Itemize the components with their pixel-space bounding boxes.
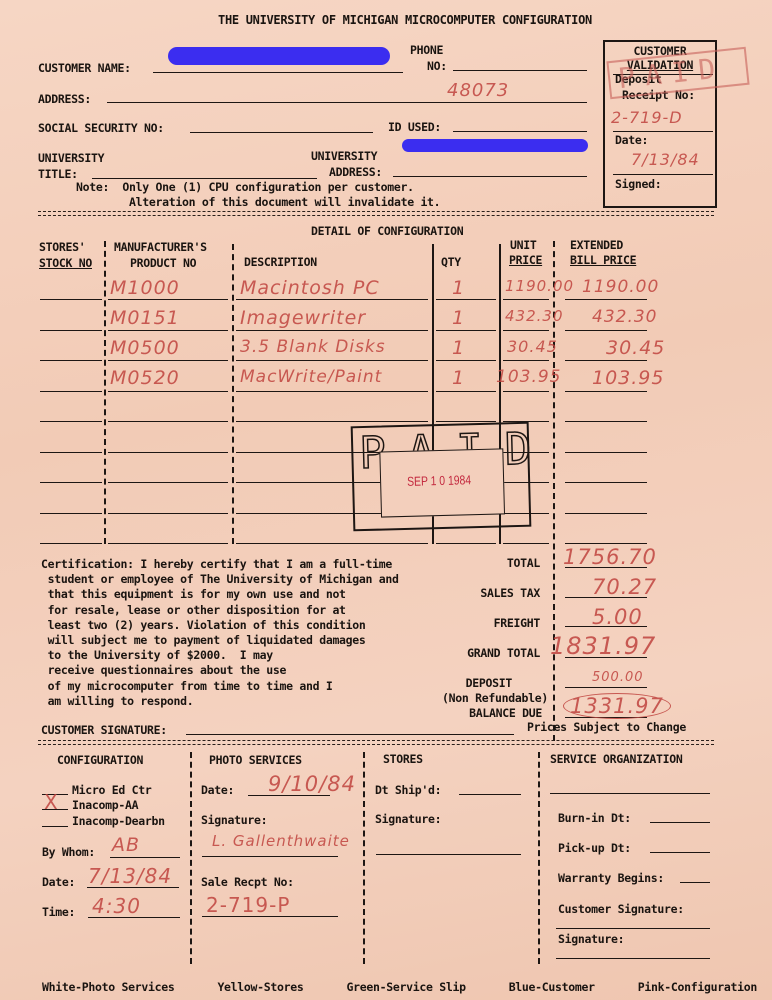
table-cell-line[interactable] — [40, 360, 102, 361]
shipped-date-field[interactable] — [459, 794, 521, 795]
row-1-description: Macintosh PC — [240, 277, 380, 299]
certification-text: Certification: I hereby certify that I a… — [41, 557, 399, 709]
col-ext-1: EXTENDED — [570, 238, 623, 252]
ssn-field[interactable] — [190, 132, 373, 133]
copy-green: Green-Service Slip — [347, 980, 466, 994]
table-cell-line[interactable] — [40, 391, 102, 392]
customer-signature-field[interactable] — [186, 734, 514, 735]
phone-field[interactable] — [453, 70, 587, 71]
table-cell-line[interactable] — [40, 543, 102, 544]
table-cell-line[interactable] — [503, 543, 549, 544]
table-cell-line[interactable] — [236, 330, 428, 331]
row-2-ext: 432.30 — [592, 307, 657, 327]
service-signature-label: Signature: — [558, 932, 624, 946]
sale-receipt-label: Sale Recpt No: — [201, 875, 294, 889]
grand-total-value: 1831.97 — [550, 632, 656, 660]
validation-date-label: Date: — [615, 133, 648, 147]
detail-heading: DETAIL OF CONFIGURATION — [311, 224, 463, 238]
config-time-value: 4:30 — [92, 894, 141, 918]
grand-total-label: GRAND TOTAL — [420, 646, 540, 660]
address-field[interactable] — [107, 102, 587, 103]
table-cell-line[interactable] — [436, 391, 496, 392]
bottom-sep-3 — [538, 752, 540, 964]
config-time-label: Time: — [42, 905, 75, 919]
total-value: 1756.70 — [563, 545, 657, 569]
row-4-qty: 1 — [452, 367, 465, 389]
nonrefundable-label: (Non Refundable) — [420, 691, 548, 705]
copy-pink: Pink-Configuration — [638, 980, 757, 994]
table-cell-line[interactable] — [236, 543, 428, 544]
col-description: DESCRIPTION — [244, 255, 317, 269]
address-label: ADDRESS: — [38, 92, 91, 106]
col-ext-2: BILL PRICE — [570, 253, 636, 267]
photo-signature-label: Signature: — [201, 813, 267, 827]
option-inacomp-dearbn-checkbox[interactable] — [42, 826, 68, 827]
photo-services-heading: PHOTO SERVICES — [209, 753, 302, 767]
copy-white: White-Photo Services — [42, 980, 174, 994]
row-3-ext: 30.45 — [606, 337, 665, 359]
customer-name-label: CUSTOMER NAME: — [38, 61, 131, 75]
row-4-unit: 103.95 — [496, 367, 561, 387]
copy-blue: Blue-Customer — [509, 980, 595, 994]
col-stock-2: STOCK NO — [39, 256, 92, 270]
table-cell-line[interactable] — [108, 482, 228, 483]
balance-due-label: BALANCE DUE — [420, 706, 542, 720]
warranty-label: Warranty Begins: — [558, 871, 664, 885]
table-cell-line[interactable] — [40, 513, 102, 514]
warranty-field[interactable] — [680, 882, 710, 883]
table-cell-line[interactable] — [40, 299, 102, 300]
freight-label: FREIGHT — [420, 616, 540, 630]
redaction-name — [168, 47, 390, 65]
option-inacomp-aa-label: Inacomp-AA — [72, 798, 138, 812]
table-cell-line[interactable] — [503, 391, 549, 392]
burnin-date-label: Burn-in Dt: — [558, 811, 631, 825]
row-1-qty: 1 — [452, 277, 465, 299]
table-cell-line[interactable] — [436, 330, 496, 331]
row-3-description: 3.5 Blank Disks — [240, 337, 386, 357]
bottom-sep-1 — [190, 752, 192, 964]
note-line-1: Note: Only One (1) CPU configuration per… — [76, 180, 414, 194]
form-title: THE UNIVERSITY OF MICHIGAN MICROCOMPUTER… — [0, 13, 772, 27]
copy-distribution: White-Photo Services Yellow-Stores Green… — [42, 980, 757, 994]
checked-mark: X — [44, 790, 59, 814]
sale-receipt-value: 2-719-P — [206, 893, 290, 917]
row-1-ext: 1190.00 — [582, 277, 659, 297]
col-stock-1: STORES' — [39, 240, 85, 254]
table-cell-line[interactable] — [108, 543, 228, 544]
phone-no-label: NO: — [427, 59, 447, 73]
total-label: TOTAL — [420, 556, 540, 570]
row-2-description: Imagewriter — [240, 307, 366, 329]
pickup-date-field[interactable] — [650, 852, 710, 853]
stores-signature-label: Signature: — [375, 812, 441, 826]
row-3-unit: 30.45 — [507, 337, 558, 356]
freight-value: 5.00 — [592, 605, 643, 629]
shipped-date-label: Dt Ship'd: — [375, 783, 441, 797]
table-cell-line[interactable] — [565, 299, 647, 300]
redaction-id — [402, 139, 588, 152]
by-whom-value: AB — [112, 834, 140, 856]
validation-divider-2 — [613, 131, 713, 132]
deposit-value: 500.00 — [592, 670, 644, 685]
univ-address-label-2: ADDRESS: — [329, 165, 382, 179]
row-4-product: M0520 — [110, 367, 180, 389]
table-cell-line[interactable] — [108, 299, 228, 300]
option-micro-ed-label: Micro Ed Ctr — [72, 783, 151, 797]
form-page: THE UNIVERSITY OF MICHIGAN MICROCOMPUTER… — [0, 0, 772, 1000]
row-2-product: M0151 — [110, 307, 180, 329]
table-cell-line[interactable] — [503, 299, 549, 300]
bottom-sep-2 — [363, 752, 365, 964]
prices-note: Prices Subject to Change — [527, 720, 686, 734]
col-qty: QTY — [441, 255, 461, 269]
photo-date-label: Date: — [201, 783, 234, 797]
validation-signed-label: Signed: — [615, 177, 661, 191]
customer-signature-label: CUSTOMER SIGNATURE: — [41, 723, 167, 737]
univ-title-label-1: UNIVERSITY — [38, 151, 104, 165]
option-inacomp-dearbn-label: Inacomp-Dearbn — [72, 814, 165, 828]
validation-date-value: 7/13/84 — [631, 150, 700, 169]
table-cell-line[interactable] — [565, 513, 647, 514]
id-used-field[interactable] — [453, 131, 587, 132]
section-divider-top — [38, 211, 714, 216]
table-cell-line[interactable] — [236, 360, 428, 361]
by-whom-field[interactable] — [110, 857, 180, 858]
paid-stamp-date: SEP 1 0 1984 — [407, 472, 471, 489]
table-cell-line[interactable] — [236, 391, 428, 392]
stores-signature-field[interactable] — [376, 854, 521, 855]
table-cell-line[interactable] — [108, 421, 228, 422]
pickup-date-label: Pick-up Dt: — [558, 841, 631, 855]
sales-tax-value: 70.27 — [592, 575, 657, 599]
sales-tax-label: SALES TAX — [420, 586, 540, 600]
table-cell-line[interactable] — [436, 543, 496, 544]
service-customer-signature-field[interactable] — [556, 928, 710, 929]
configuration-heading: CONFIGURATION — [57, 753, 143, 767]
ssn-label: SOCIAL SECURITY NO: — [38, 121, 164, 135]
table-cell-line[interactable] — [565, 330, 647, 331]
table-cell-line[interactable] — [436, 360, 496, 361]
col-unit-1: UNIT — [510, 238, 537, 252]
col-sep-2 — [232, 244, 234, 544]
col-product-1: MANUFACTURER'S — [114, 240, 207, 254]
phone-label: PHONE — [410, 43, 443, 57]
table-cell-line[interactable] — [40, 330, 102, 331]
stores-heading: STORES — [383, 752, 423, 766]
univ-address-label-1: UNIVERSITY — [311, 149, 377, 163]
photo-date-value: 9/10/84 — [268, 772, 356, 796]
service-signature-field[interactable] — [556, 958, 710, 959]
table-cell-line[interactable] — [436, 299, 496, 300]
paid-stamp: PAID SEP 1 0 1984 — [351, 422, 532, 532]
table-cell-line[interactable] — [108, 452, 228, 453]
row-4-ext: 103.95 — [592, 367, 664, 389]
row-3-product: M0500 — [110, 337, 180, 359]
row-1-product: M1000 — [110, 277, 180, 299]
deposit-field[interactable] — [565, 687, 647, 688]
service-org-heading: SERVICE ORGANIZATION — [550, 752, 682, 766]
table-cell-line[interactable] — [236, 299, 428, 300]
table-cell-line[interactable] — [40, 452, 102, 453]
table-cell-line[interactable] — [565, 391, 647, 392]
balance-due-value: 1331.97 — [563, 693, 671, 719]
config-date-value: 7/13/84 — [88, 864, 172, 888]
table-cell-line[interactable] — [565, 421, 647, 422]
row-4-description: MacWrite/Paint — [240, 367, 382, 387]
photo-signature-field[interactable] — [202, 856, 338, 857]
table-cell-line[interactable] — [108, 360, 228, 361]
copy-yellow: Yellow-Stores — [217, 980, 303, 994]
table-cell-line[interactable] — [565, 360, 647, 361]
validation-divider-3 — [613, 174, 713, 175]
photo-signature-value: L. Gallenthwaite — [212, 832, 350, 850]
table-cell-line[interactable] — [40, 421, 102, 422]
service-org-field[interactable] — [550, 793, 710, 794]
univ-title-field[interactable] — [92, 178, 317, 179]
deposit-label: DEPOSIT — [420, 676, 512, 690]
table-cell-line[interactable] — [40, 482, 102, 483]
service-customer-signature-label: Customer Signature: — [558, 902, 684, 916]
univ-address-field[interactable] — [393, 176, 587, 177]
col-product-2: PRODUCT NO — [130, 256, 196, 270]
paid-stamp-date-box: SEP 1 0 1984 — [379, 448, 505, 517]
table-cell-line[interactable] — [565, 452, 647, 453]
address-zip-value: 48073 — [447, 80, 509, 101]
customer-name-field[interactable] — [153, 72, 403, 73]
table-cell-line[interactable] — [503, 330, 549, 331]
deposit-receipt-value: 2-719-D — [611, 108, 683, 127]
burnin-date-field[interactable] — [650, 822, 710, 823]
col-sep-1 — [104, 241, 106, 544]
row-2-unit: 432.30 — [505, 307, 564, 325]
row-1-unit: 1190.00 — [505, 277, 574, 295]
section-divider-bottom — [38, 740, 714, 745]
col-unit-2: PRICE — [509, 253, 542, 267]
config-date-label: Date: — [42, 875, 75, 889]
by-whom-label: By Whom: — [42, 845, 95, 859]
id-used-label: ID USED: — [388, 120, 441, 134]
row-2-qty: 1 — [452, 307, 465, 329]
table-cell-line[interactable] — [108, 391, 228, 392]
table-cell-line[interactable] — [108, 513, 228, 514]
table-cell-line[interactable] — [503, 360, 549, 361]
table-cell-line[interactable] — [565, 482, 647, 483]
univ-title-label-2: TITLE: — [38, 167, 78, 181]
table-cell-line[interactable] — [108, 330, 228, 331]
row-3-qty: 1 — [452, 337, 465, 359]
table-cell-line[interactable] — [565, 543, 647, 544]
note-line-2: Alteration of this document will invalid… — [129, 195, 440, 209]
table-cell-line[interactable] — [236, 421, 428, 422]
